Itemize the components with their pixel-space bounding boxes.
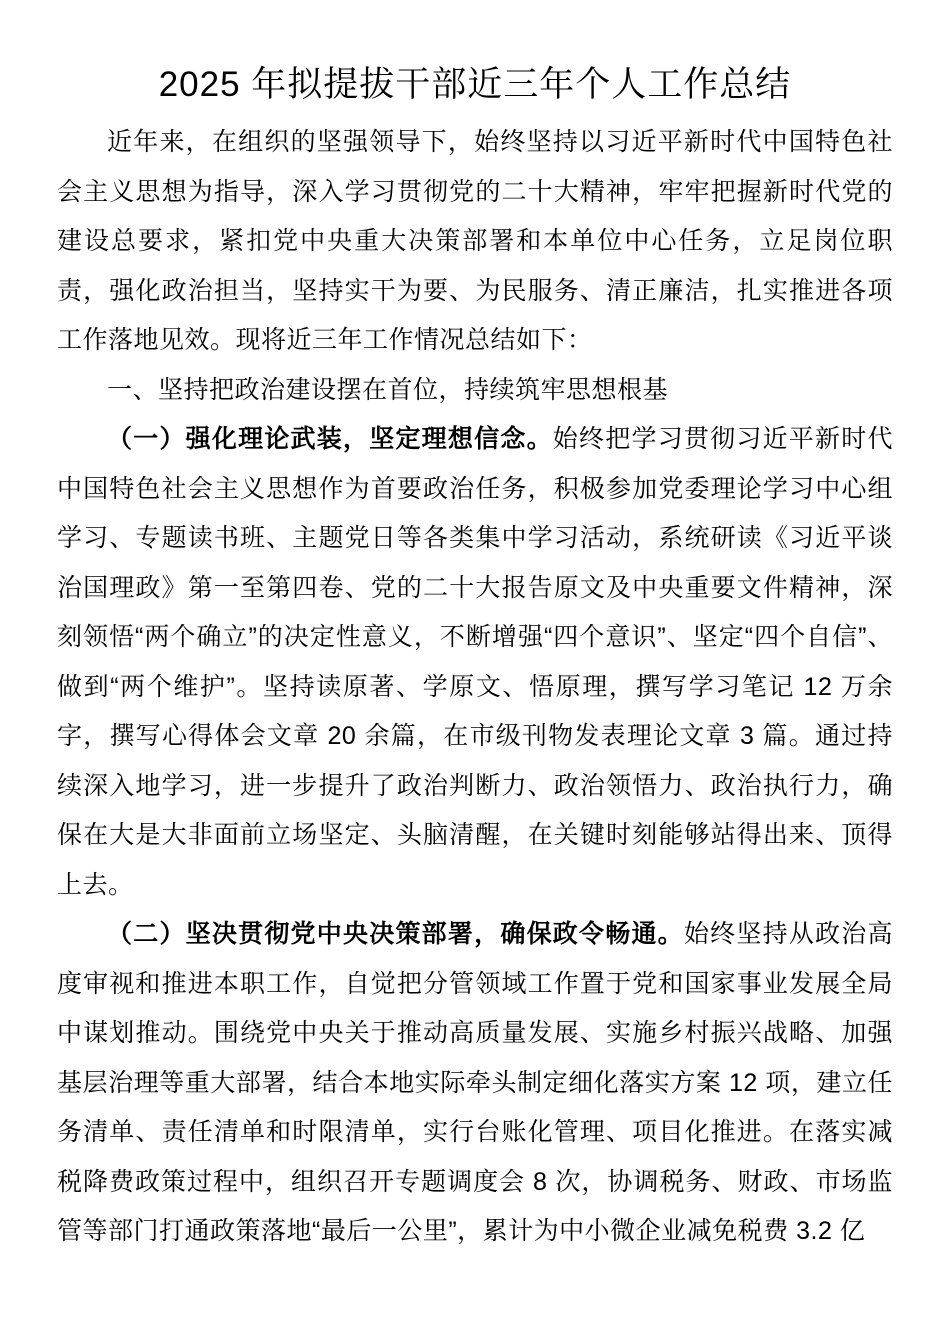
subsection-1-lead: （一）强化理论武装，坚定理想信念。 [107, 425, 553, 453]
subsection-2-paragraph: （二）坚决贯彻党中央决策部署，确保政令畅通。始终坚持从政治高度审视和推进本职工作… [57, 910, 893, 1257]
section-1-heading: 一、坚持把政治建设摆在首位，持续筑牢思想根基 [57, 366, 893, 416]
subsection-2-lead: （二）坚决贯彻党中央决策部署，确保政令畅通。 [107, 920, 684, 948]
subsection-1-body: 始终把学习贯彻习近平新时代中国特色社会主义思想作为首要政治任务，积极参加党委理论… [57, 425, 893, 899]
document-page: 2025 年拟提拔干部近三年个人工作总结 近年来，在组织的坚强领导下，始终坚持以… [0, 0, 950, 1344]
subsection-2-body: 始终坚持从政治高度审视和推进本职工作，自觉把分管领域工作置于党和国家事业发展全局… [57, 920, 893, 1245]
document-title: 2025 年拟提拔干部近三年个人工作总结 [57, 62, 893, 108]
subsection-1-paragraph: （一）强化理论武装，坚定理想信念。始终把学习贯彻习近平新时代中国特色社会主义思想… [57, 415, 893, 910]
intro-paragraph: 近年来，在组织的坚强领导下，始终坚持以习近平新时代中国特色社会主义思想为指导，深… [57, 118, 893, 366]
